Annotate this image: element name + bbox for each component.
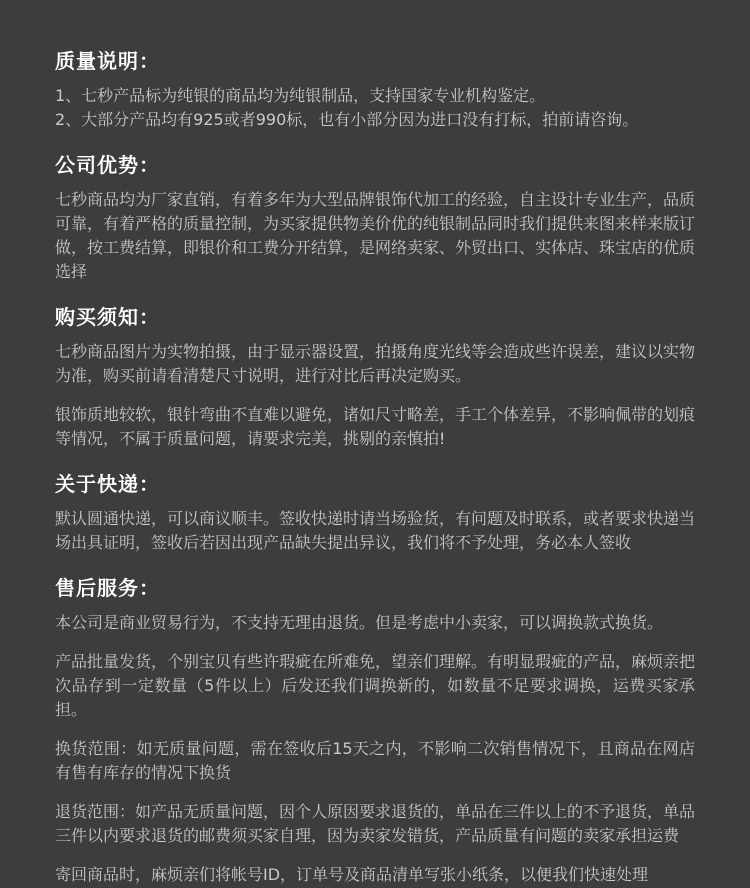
purchase-notice-paragraph-2: 银饰质地较软，银针弯曲不直难以避免，诸如尺寸略差，手工个体差异，不影响佩带的划痕… <box>55 403 695 451</box>
after-sales-policy-paragraph: 本公司是商业贸易行为，不支持无理由退货。但是考虑中小卖家，可以调换款式换货。 <box>55 611 695 635</box>
section-after-sales-service: 售后服务： 本公司是商业贸易行为，不支持无理由退货。但是考虑中小卖家，可以调换款… <box>55 575 695 887</box>
purchase-notice-paragraph-1: 七秒商品图片为实物拍摄，由于显示器设置，拍摄角度光线等会造成些许误差，建议以实物… <box>55 340 695 388</box>
shipping-info-heading: 关于快递： <box>55 471 695 497</box>
company-advantages-heading: 公司优势： <box>55 152 695 178</box>
after-sales-service-heading: 售后服务： <box>55 575 695 601</box>
section-company-advantages: 公司优势： 七秒商品均为厂家直销，有着多年为大型品牌银饰代加工的经验，自主设计专… <box>55 152 695 284</box>
exchange-scope-paragraph: 换货范围：如无质量问题，需在签收后15天之内，不影响二次销售情况下，且商品在网店… <box>55 737 695 785</box>
purchase-notice-heading: 购买须知： <box>55 304 695 330</box>
section-quality-notes: 质量说明： 1、七秒产品标为纯银的商品均为纯银制品，支持国家专业机构鉴定。 2、… <box>55 48 695 132</box>
product-description-page: 质量说明： 1、七秒产品标为纯银的商品均为纯银制品，支持国家专业机构鉴定。 2、… <box>0 0 750 888</box>
batch-shipping-flaws-paragraph: 产品批量发货，个别宝贝有些许瑕疵在所难免，望亲们理解。有明显瑕疵的产品，麻烦亲把… <box>55 650 695 722</box>
company-advantages-paragraph: 七秒商品均为厂家直销，有着多年为大型品牌银饰代加工的经验，自主设计专业生产，品质… <box>55 188 695 284</box>
shipping-info-paragraph: 默认圆通快递，可以商议顺丰。签收快递时请当场验货，有问题及时联系，或者要求快递当… <box>55 507 695 555</box>
return-scope-paragraph: 退货范围：如产品无质量问题，因个人原因要求退货的，单品在三件以上的不予退货，单品… <box>55 800 695 848</box>
quality-notes-heading: 质量说明： <box>55 48 695 74</box>
quality-note-line-1: 1、七秒产品标为纯银的商品均为纯银制品，支持国家专业机构鉴定。 <box>55 84 695 108</box>
section-shipping-info: 关于快递： 默认圆通快递，可以商议顺丰。签收快递时请当场验货，有问题及时联系，或… <box>55 471 695 555</box>
return-shipment-note-paragraph: 寄回商品时，麻烦亲们将帐号ID，订单号及商品清单写张小纸条，以便我们快速处理 <box>55 863 695 887</box>
quality-note-line-2: 2、大部分产品均有925或者990标，也有小部分因为进口没有打标，拍前请咨询。 <box>55 108 695 132</box>
section-purchase-notice: 购买须知： 七秒商品图片为实物拍摄，由于显示器设置，拍摄角度光线等会造成些许误差… <box>55 304 695 451</box>
